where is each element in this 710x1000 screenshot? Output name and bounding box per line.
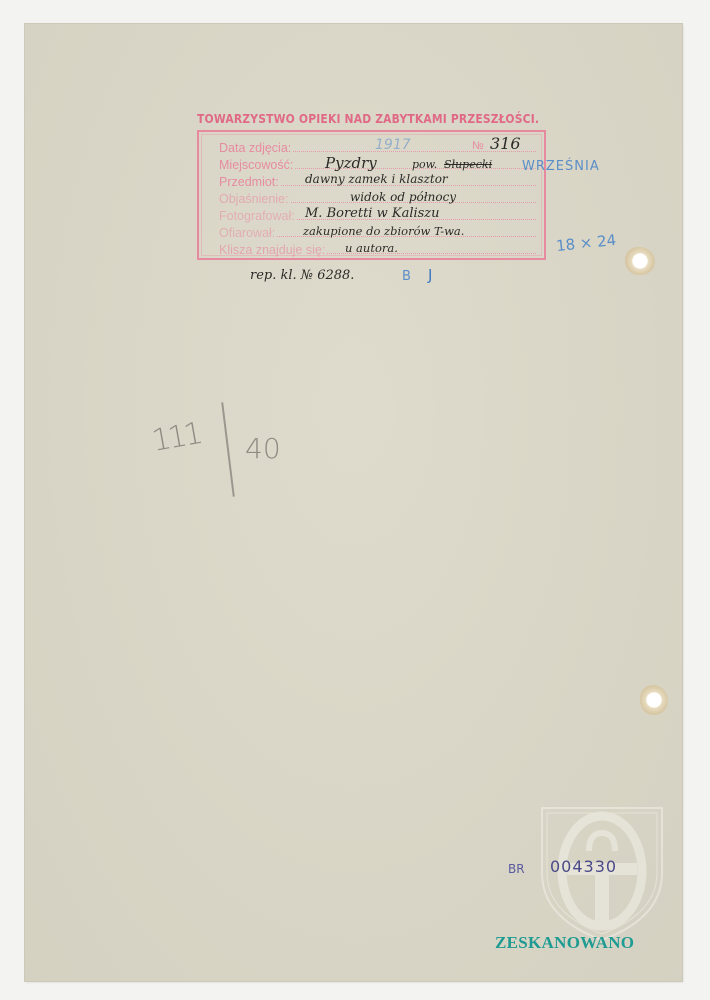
field-label: Klisza znajduje się: bbox=[219, 243, 325, 257]
field-label: Ofiarował: bbox=[219, 226, 275, 240]
scanned-stamp: ZESKANOWANO bbox=[495, 933, 634, 953]
date-value: 1917 bbox=[375, 137, 411, 153]
photographer-value: M. Boretti w Kaliszu bbox=[305, 206, 440, 221]
society-stamp-header: TOWARZYSTWO OPIEKI NAD ZABYTKAMI PRZESZŁ… bbox=[197, 111, 500, 126]
field-label: Miejscowość: bbox=[219, 158, 293, 172]
pencil-item-number: 40 bbox=[245, 432, 281, 465]
paper-hole-lower bbox=[640, 685, 668, 715]
struck-county: Słupecki bbox=[444, 158, 492, 171]
place-value: Pyzdry bbox=[325, 154, 377, 172]
paper-hole-upper bbox=[625, 247, 655, 275]
donor-value: zakupione do zbiorów T-wa. bbox=[303, 224, 464, 238]
description-value: widok od północy bbox=[350, 190, 456, 204]
inventory-number: 004330 bbox=[550, 857, 617, 876]
register-blue-mark: B bbox=[402, 269, 411, 284]
field-label: Fotografował: bbox=[219, 209, 295, 223]
subject-value: dawny zamek i klasztor bbox=[305, 172, 448, 186]
negative-location-value: u autora. bbox=[345, 241, 398, 255]
number-label: № bbox=[472, 140, 484, 152]
inventory-prefix: BR bbox=[508, 862, 525, 876]
number-value: 316 bbox=[490, 134, 521, 153]
field-label: Data zdjęcia: bbox=[219, 141, 291, 155]
field-label: Objaśnienie: bbox=[219, 192, 289, 206]
county-correction: WRZEŚNIA bbox=[522, 159, 600, 174]
register-mark: J bbox=[428, 266, 432, 284]
county-abbrev: pow. bbox=[412, 158, 437, 171]
field-label: Przedmiot: bbox=[219, 175, 279, 189]
register-number: rep. kl. № 6288. bbox=[250, 268, 354, 283]
